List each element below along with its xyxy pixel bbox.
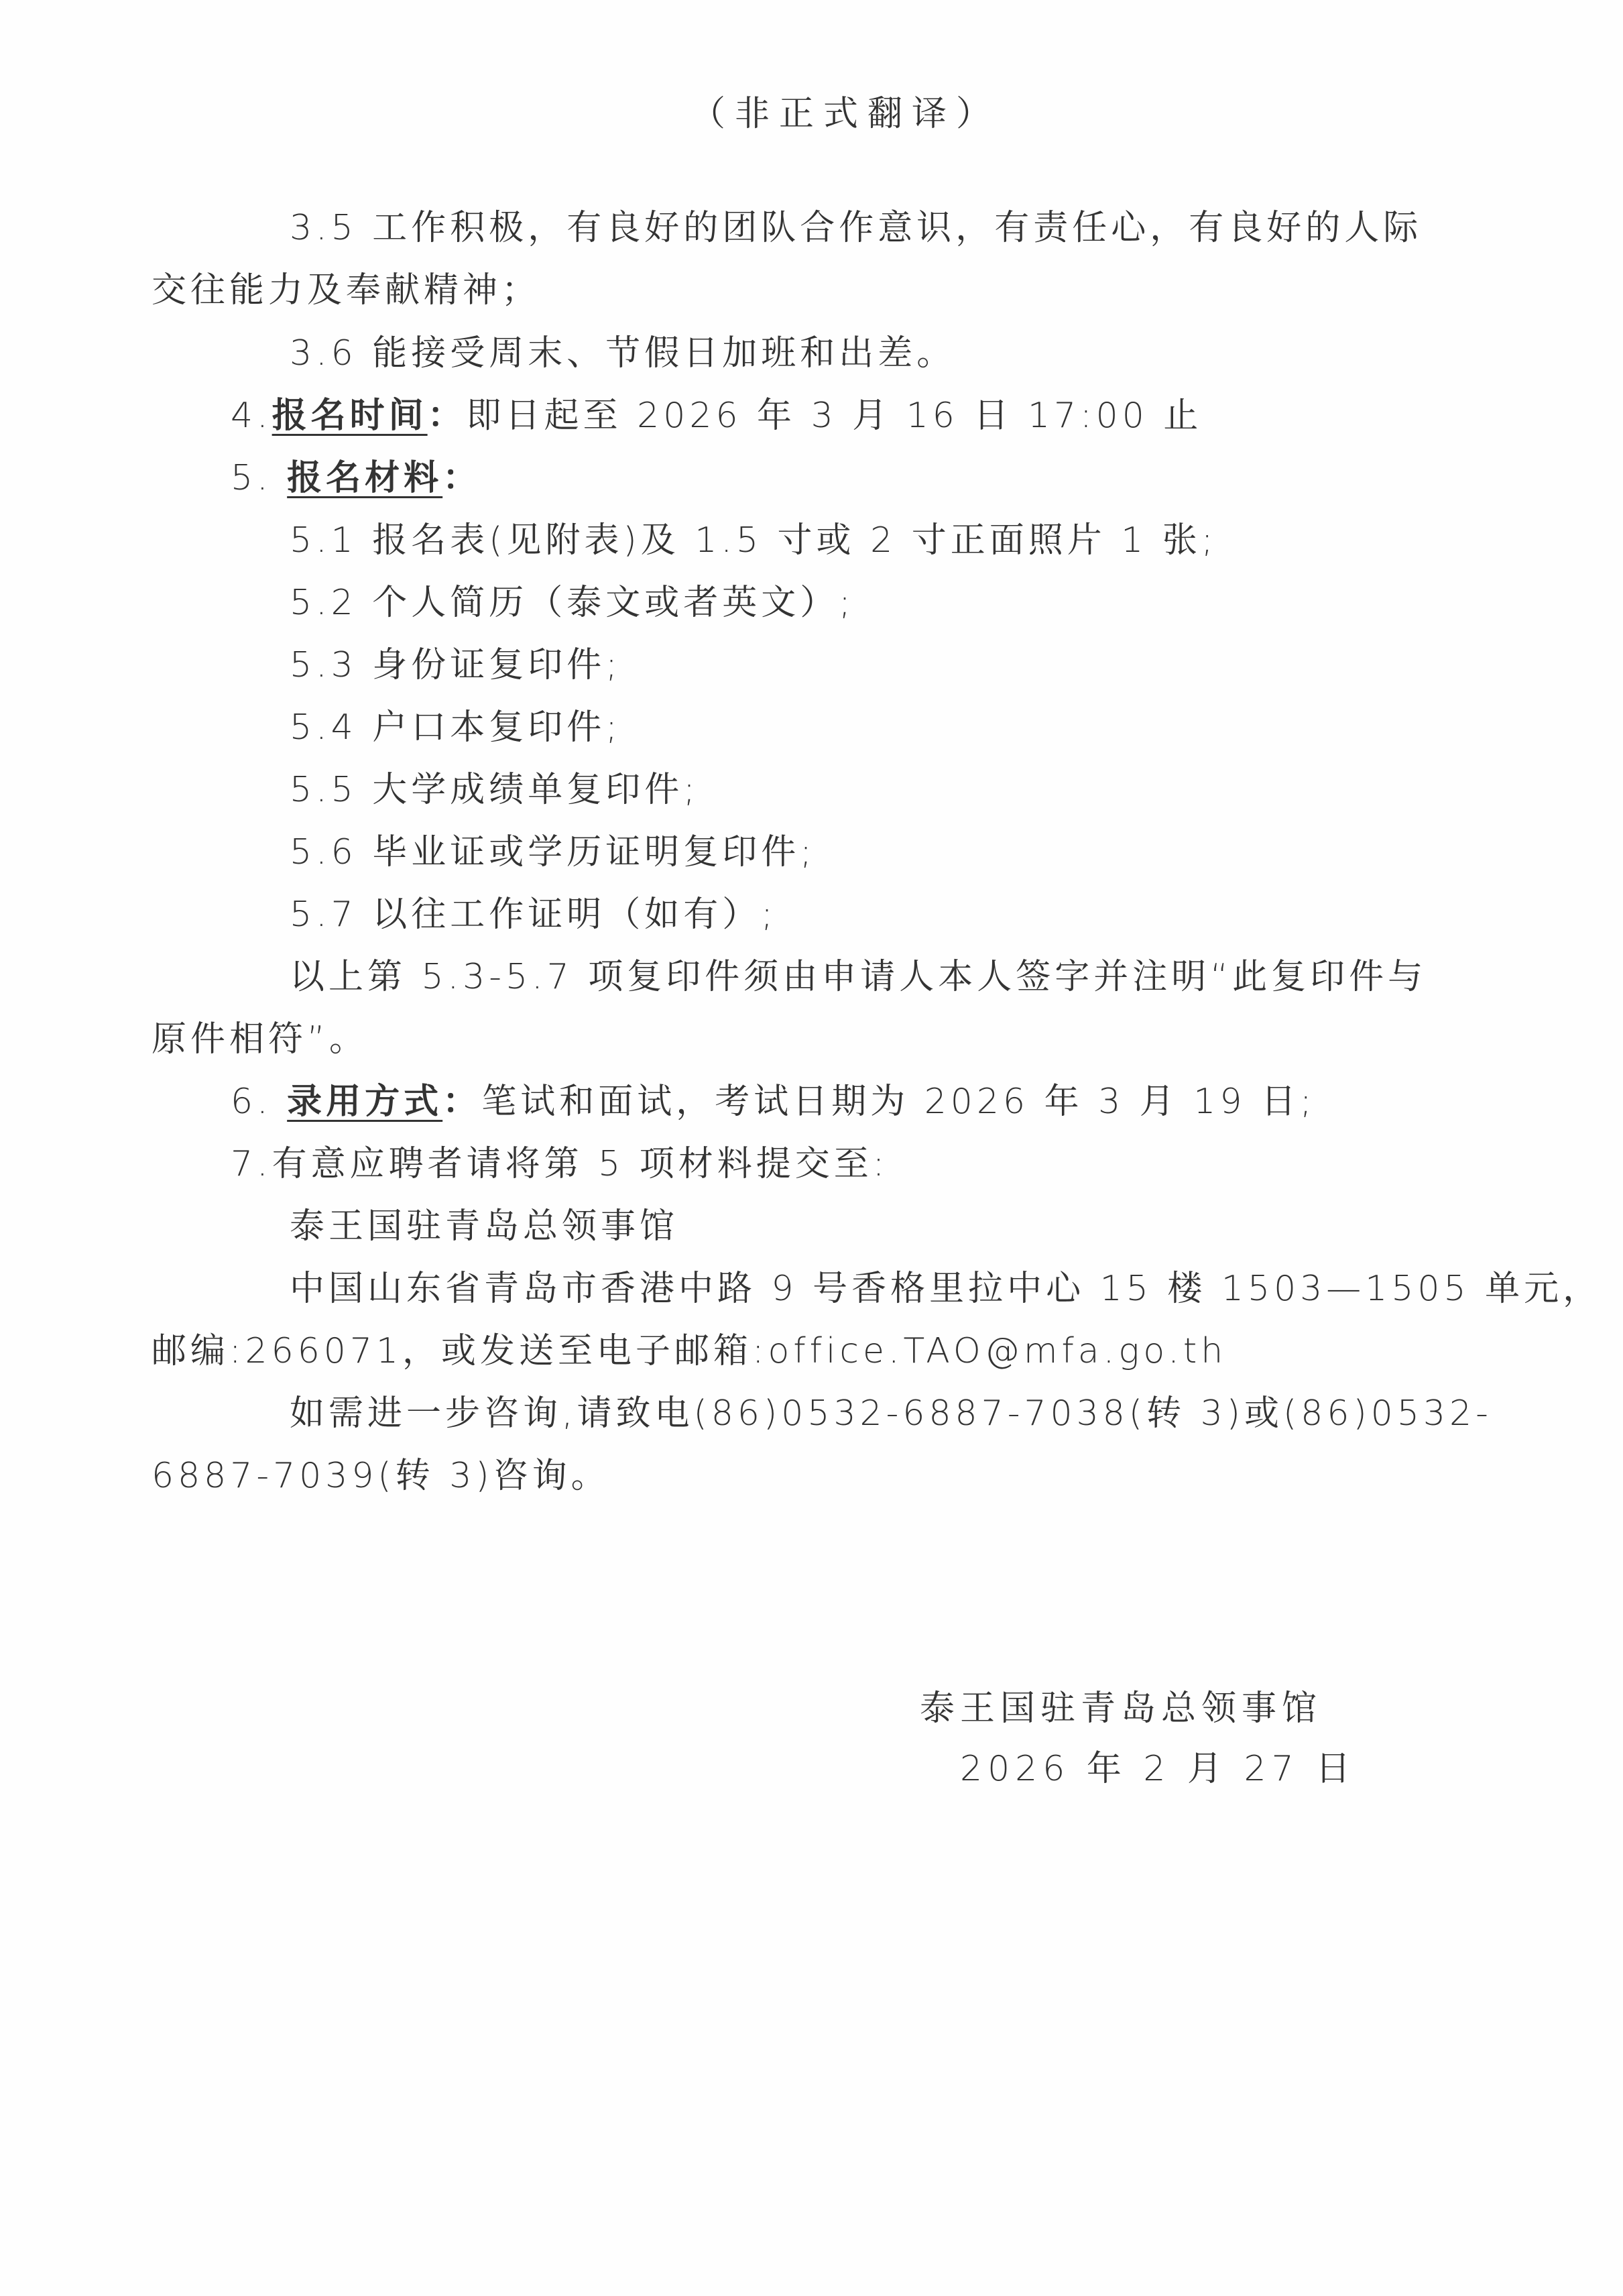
- document-page: （非正式翻译） 3.5 工作积极，有良好的团队合作意识，有责任心，有良好的人际 …: [0, 0, 1623, 2296]
- item-3-6: 3.6 能接受周末、节假日加班和出差。: [290, 333, 955, 374]
- contact-line1: 如需进一步咨询,请致电(86)0532-6887-7038(转 3)或(86)0…: [290, 1393, 1492, 1434]
- item-6-number: 6.: [231, 1082, 272, 1122]
- address-line1: 中国山东省青岛市香港中路 9 号香格里拉中心 15 楼 1503—1505 单元…: [290, 1269, 1602, 1309]
- item-5-3: 5.3 身份证复印件;: [290, 645, 621, 685]
- recipient-name: 泰王国驻青岛总领事馆: [290, 1206, 678, 1247]
- item-5-number: 5.: [231, 458, 272, 498]
- note-line1: 以上第 5.3-5.7 项复印件须由申请人本人签字并注明“此复印件与: [290, 957, 1427, 997]
- item-3-5-line2: 交往能力及奉献精神；: [152, 270, 540, 310]
- item-4-number: 4.: [231, 396, 272, 436]
- item-5-label: 报名材料: [287, 458, 442, 498]
- item-4-label: 报名时间: [272, 396, 428, 436]
- item-5: 5. 报名材料：: [231, 458, 481, 498]
- item-5-4: 5.4 户口本复印件;: [290, 707, 621, 748]
- item-5-6: 5.6 毕业证或学历证明复印件;: [290, 832, 816, 872]
- item-7: 7.有意应聘者请将第 5 项材料提交至:: [231, 1144, 888, 1184]
- item-5-2: 5.2 个人简历（泰文或者英文）;: [290, 583, 855, 623]
- document-title: （非正式翻译）: [690, 94, 1000, 134]
- item-6-label: 录用方式: [287, 1082, 442, 1122]
- item-5-7: 5.7 以往工作证明（如有）;: [290, 895, 777, 935]
- item-6-text: 笔试和面试，考试日期为 2026 年 3 月 19 日;: [481, 1082, 1315, 1122]
- item-6: 6. 录用方式：笔试和面试，考试日期为 2026 年 3 月 19 日;: [231, 1082, 1315, 1122]
- item-4: 4.报名时间：即日起至 2026 年 3 月 16 日 17:00 止: [231, 396, 1202, 436]
- signature-organization: 泰王国驻青岛总领事馆: [920, 1688, 1322, 1729]
- signature-date: 2026 年 2 月 27 日: [960, 1749, 1356, 1789]
- item-3-5-line1: 3.5 工作积极，有良好的团队合作意识，有责任心，有良好的人际: [290, 208, 1422, 248]
- item-4-colon: ：: [428, 396, 467, 436]
- item-6-colon: ：: [442, 1082, 481, 1122]
- item-4-text: 即日起至 2026 年 3 月 16 日 17:00 止: [467, 396, 1203, 436]
- item-5-5: 5.5 大学成绩单复印件;: [290, 770, 699, 810]
- address-line2: 邮编:266071，或发送至电子邮箱:office.TAO@mfa.go.th: [152, 1331, 1227, 1371]
- contact-line2: 6887-7039(转 3)咨询。: [152, 1456, 610, 1496]
- note-line2: 原件相符”。: [152, 1019, 368, 1059]
- item-5-colon: ：: [442, 458, 481, 498]
- item-5-1: 5.1 报名表(见附表)及 1.5 寸或 2 寸正面照片 1 张;: [290, 520, 1217, 561]
